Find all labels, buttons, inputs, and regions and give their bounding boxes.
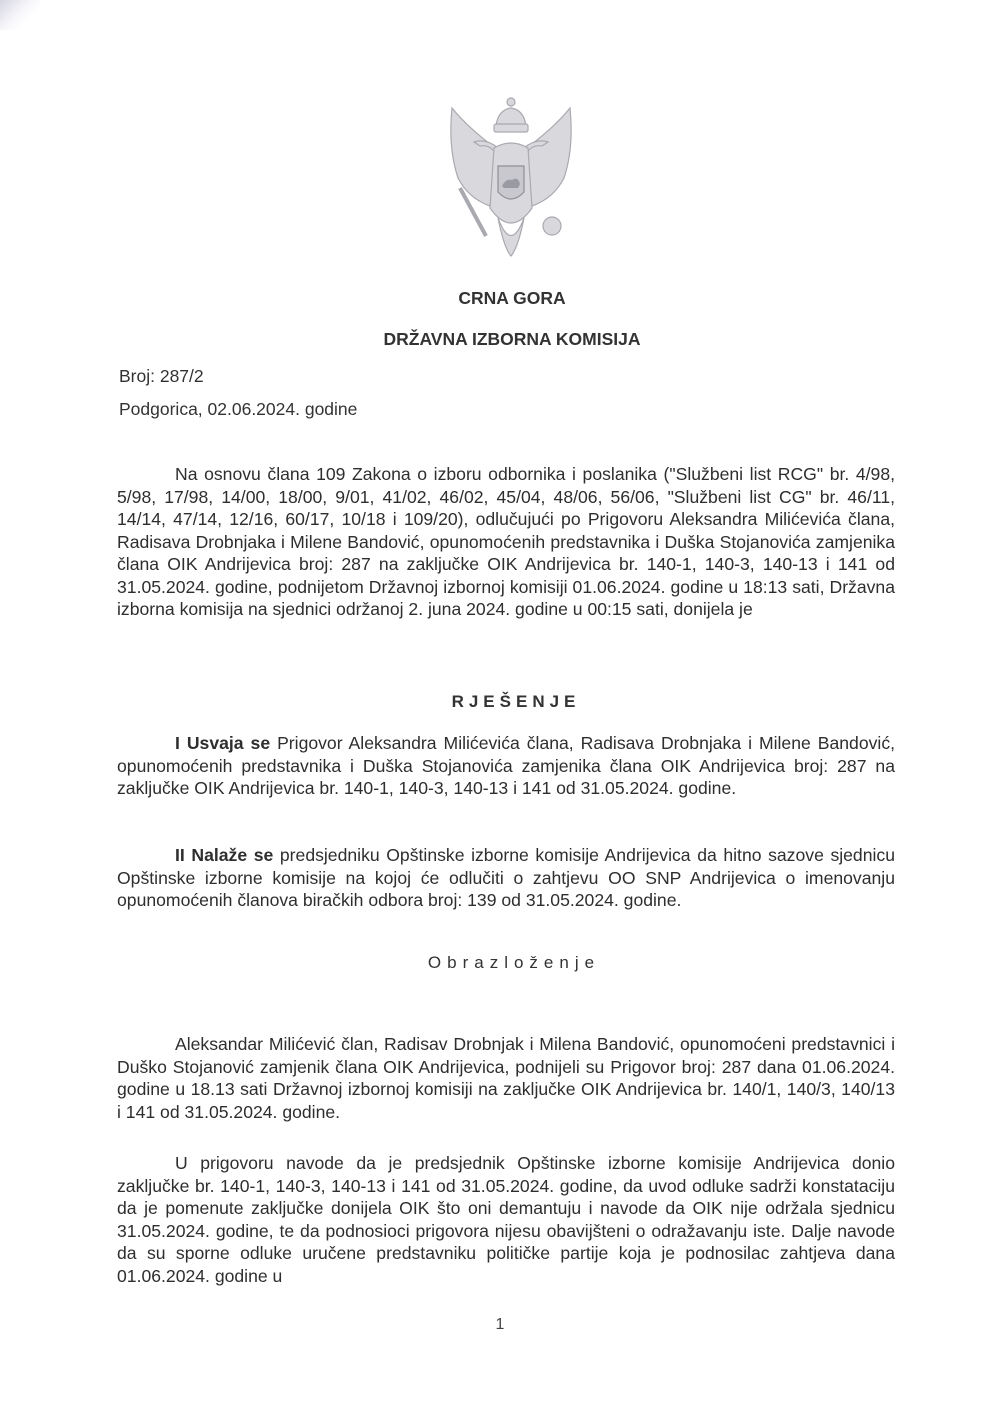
decision-item-1: I Usvaja se Prigovor Aleksandra Milićevi… [117,732,895,800]
preamble-text: Na osnovu člana 109 Zakona o izboru odbo… [117,464,895,619]
page-number: 1 [0,1316,1000,1334]
reasoning-title: Obrazloženje [14,953,1000,973]
decision-item-2: II Nalaže se predsjedniku Opštinske izbo… [117,844,895,912]
reasoning-paragraph-1-text: Aleksandar Milićević član, Radisav Drobn… [117,1034,895,1122]
decision-item-2-lead: II Nalaže se [175,845,273,865]
institution-heading: DRŽAVNA IZBORNA KOMISIJA [12,329,1000,350]
reasoning-paragraph-1: Aleksandar Milićević član, Radisav Drobn… [117,1033,895,1123]
reasoning-paragraph-2-text: U prigovoru navode da je predsjednik Opš… [117,1153,895,1286]
place-and-date: Podgorica, 02.06.2024. godine [119,399,357,420]
decision-item-1-lead: I Usvaja se [175,733,270,753]
country-heading: CRNA GORA [12,288,1000,309]
decision-title: RJEŠENJE [16,692,1000,712]
montenegro-coat-of-arms-icon [438,88,584,268]
document-number: Broj: 287/2 [119,366,204,387]
scan-artifact [0,0,40,30]
preamble-paragraph: Na osnovu člana 109 Zakona o izboru odbo… [117,463,895,621]
reasoning-paragraph-2: U prigovoru navode da je predsjednik Opš… [117,1152,895,1287]
